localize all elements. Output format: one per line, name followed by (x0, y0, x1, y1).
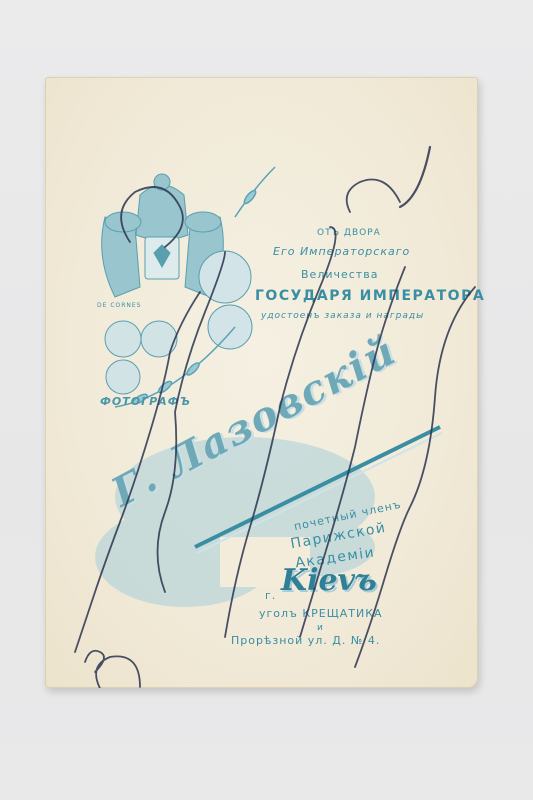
address-line-2: и (317, 623, 324, 633)
photographer-signature: Г. Лазовскій (104, 327, 404, 516)
court-line-3: Величества (301, 268, 378, 281)
address-line-1: уголъ КРЕЩАТИКА (259, 607, 383, 620)
court-line-4: ГОСУДАРЯ ИМПЕРАТОРА (255, 288, 485, 304)
court-line-2: Его Императорскаго (273, 245, 410, 258)
address-line-3: Прорѣзной ул. Д. № 4. (231, 634, 380, 647)
court-line-5: удостоенъ заказа и награды (261, 311, 424, 321)
city-name: Kievъ (281, 563, 377, 598)
medal-label: DE CORNES (97, 302, 142, 309)
cabinet-card: ОТЪ ДВОРА Его Императорскаго Величества … (45, 77, 478, 688)
printed-text-block: ОТЪ ДВОРА Его Императорскаго Величества … (45, 77, 478, 688)
court-line-1: ОТЪ ДВОРА (317, 228, 381, 238)
photographer-label: ФОТОГРАФЪ (100, 395, 191, 408)
city-prefix: г. (265, 589, 276, 602)
